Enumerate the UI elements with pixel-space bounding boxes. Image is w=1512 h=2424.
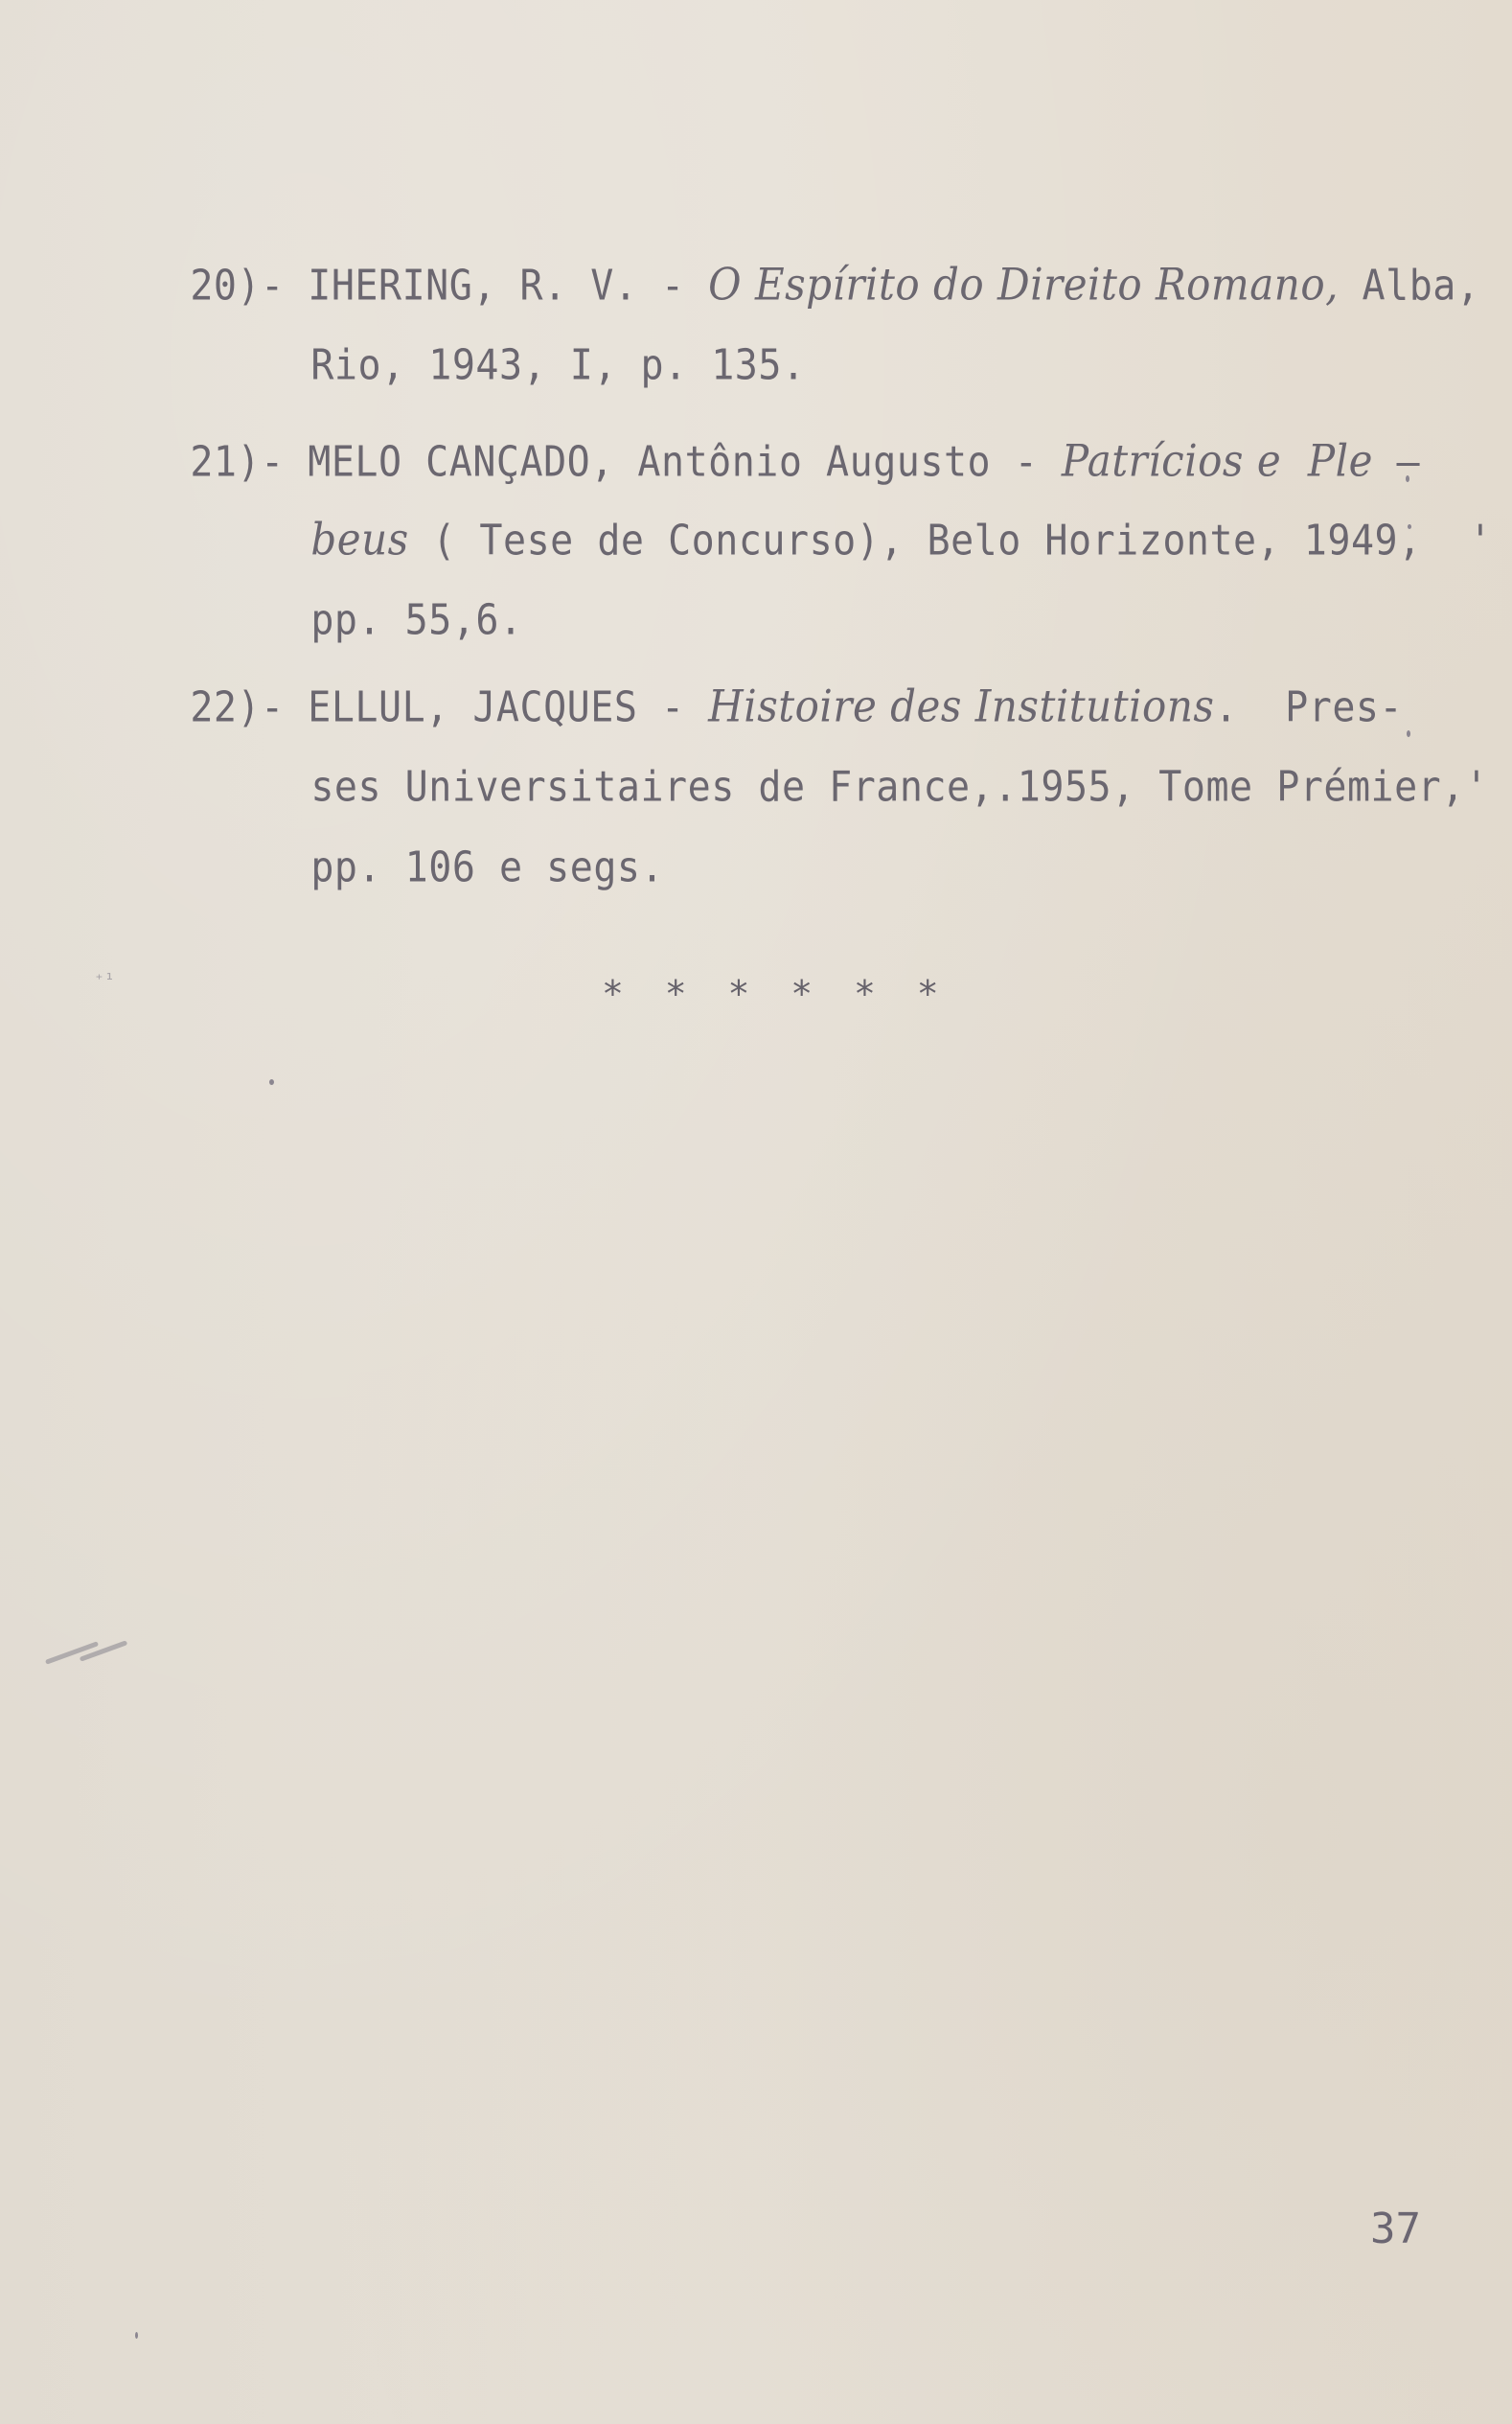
reference-publisher: Alba, [1339, 262, 1480, 311]
scan-speck [269, 1079, 274, 1085]
reference-details: ( Tese de Concurso), Belo Horizonte, 194… [409, 517, 1493, 566]
scan-speck [135, 2332, 138, 2339]
asterisk-separator: * * * * * * [602, 973, 949, 1015]
scan-speck [1407, 730, 1410, 737]
page-number: 37 [1370, 2205, 1421, 2253]
reference-details: Rio, 1943, I, p. 135. [310, 341, 805, 390]
reference-pages: pp. 106 e segs. [310, 843, 664, 892]
scan-speck [1408, 524, 1411, 529]
scan-scratch-mark [80, 1640, 128, 1661]
document-page: 20)- IHERING, R. V. - O Espírito do Dire… [0, 0, 1512, 2424]
scan-speck [1406, 475, 1409, 482]
scan-artifact-mark: ⁺¹ [94, 970, 115, 990]
reference-22-line-3: pp. 106 e segs. [217, 792, 664, 943]
